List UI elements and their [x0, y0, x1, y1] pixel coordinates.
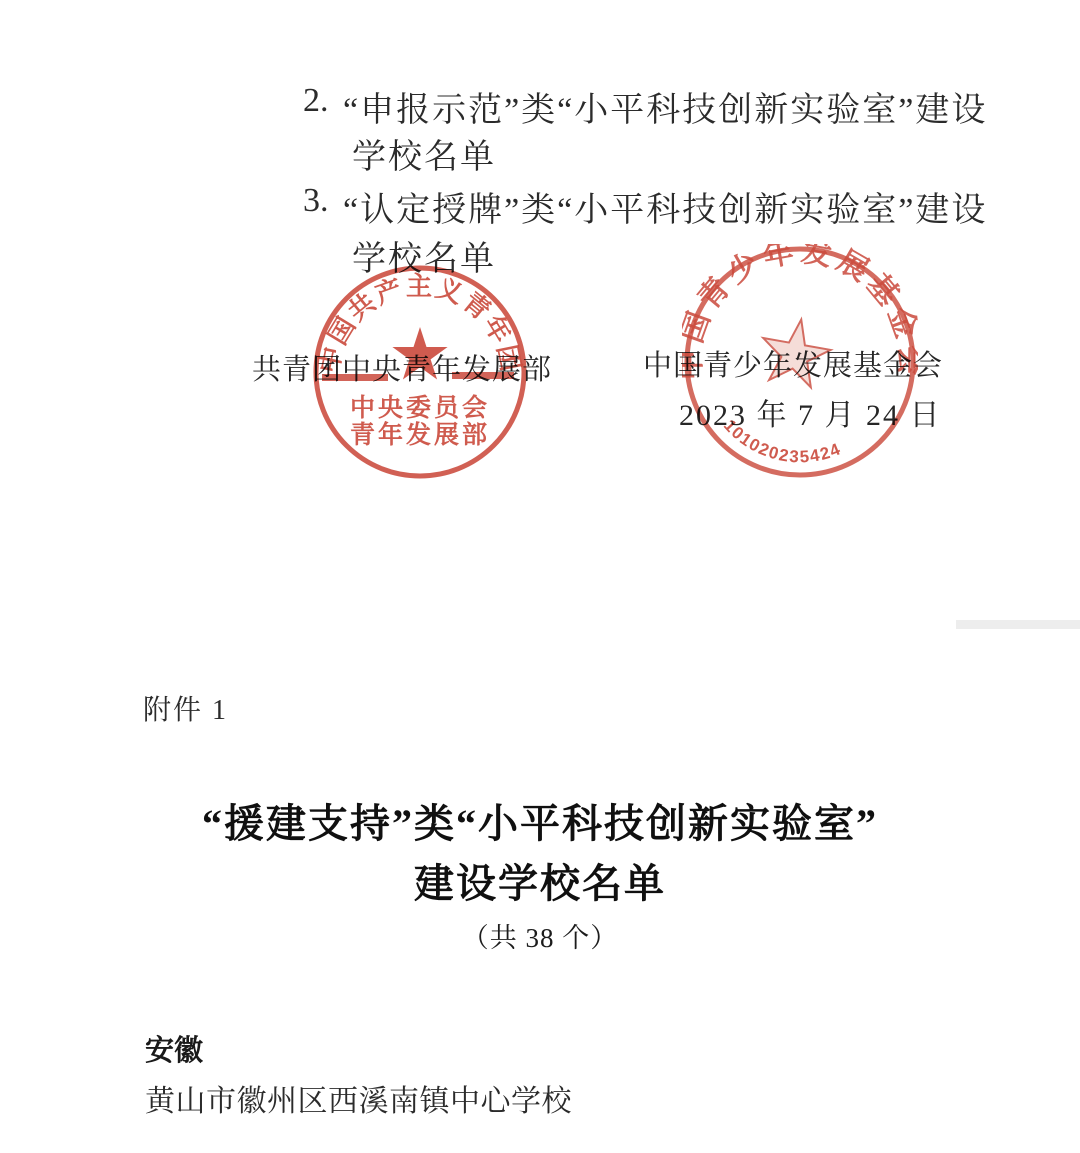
seal-left-inner-line-2: 青年发展部 [350, 420, 490, 449]
attachment-item-2-text: “申报示范”类“小平科技创新实验室”建设 [343, 82, 987, 131]
seal-left-inner-line-1: 中央委员会 [350, 393, 490, 422]
school-list-item: 黄山市徽州区西溪南镇中心学校 [145, 1076, 572, 1120]
seal-right-star-icon [756, 314, 835, 390]
scan-smudge-artifact [956, 620, 1080, 629]
seal-left-bar-left [322, 374, 388, 381]
official-seal-youth-foundation: 中国青少年发展基金会 101020235424 [682, 244, 918, 480]
attachment-item-2-line-1: 2. “申报示范”类“小平科技创新实验室”建设 [303, 82, 987, 131]
seal-left-bar-right [452, 372, 514, 379]
province-heading: 安徽 [145, 1028, 203, 1069]
attachment-item-2-number: 2. [303, 82, 343, 131]
attachment-title-line-1: “援建支持”类“小平科技创新实验室” [0, 792, 1080, 849]
document-page: 2. “申报示范”类“小平科技创新实验室”建设 学校名单 3. “认定授牌”类“… [0, 0, 1080, 1153]
attachment-item-2-line-2: 学校名单 [352, 129, 496, 178]
attachment-item-3-text: “认定授牌”类“小平科技创新实验室”建设 [343, 182, 987, 231]
attachment-item-3-number: 3. [303, 182, 343, 231]
attachment-title-line-2: 建设学校名单 [0, 852, 1080, 909]
attachment-item-2-text-cont: 学校名单 [352, 129, 496, 178]
attachment-item-3-line-1: 3. “认定授牌”类“小平科技创新实验室”建设 [303, 182, 987, 231]
seal-left-star-icon [392, 327, 447, 380]
school-count-note: （共 38 个） [0, 916, 1080, 955]
official-seal-youth-league: 中国共产主义青年团 中央委员会 青年发展部 [312, 264, 528, 480]
attachment-label: 附件 1 [143, 688, 228, 728]
